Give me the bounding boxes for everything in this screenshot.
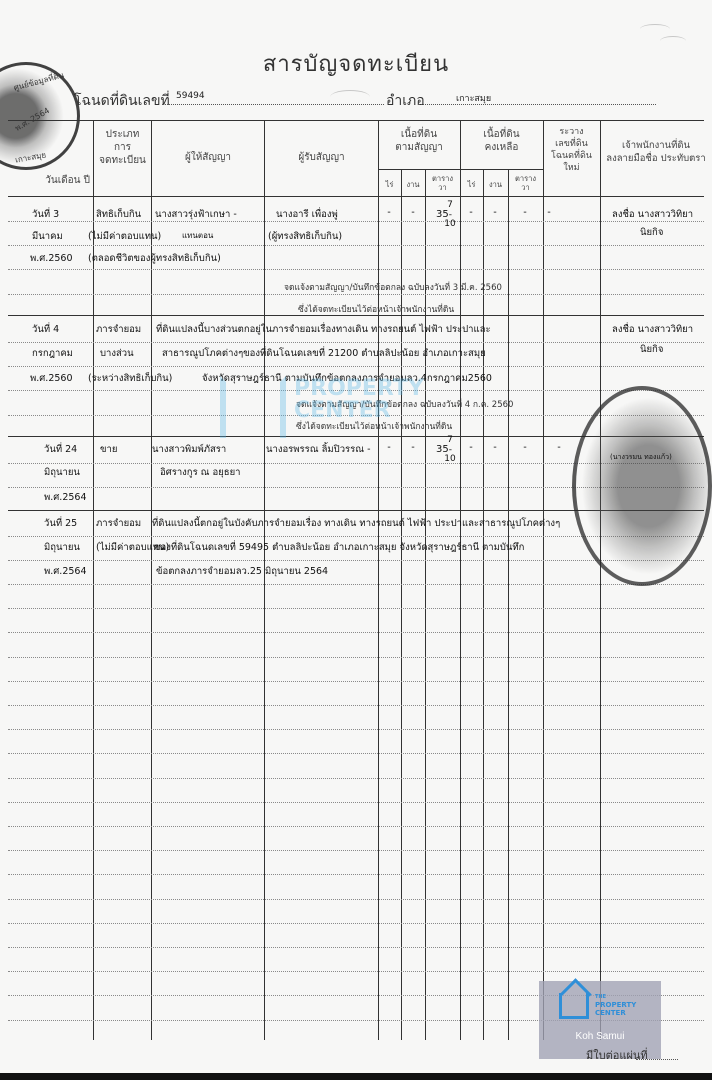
- entry-2-date-year: พ.ศ.2560: [30, 371, 73, 386]
- entry-1-remaining-rai: -: [468, 207, 474, 218]
- column-divider: [264, 120, 265, 1040]
- entry-1-officer-surname: นิยกิจ: [640, 225, 663, 240]
- entry-4-date-month: มิถุนายน: [44, 540, 80, 555]
- entry-1-date-month: มีนาคม: [32, 229, 63, 244]
- column-divider: [600, 120, 601, 1040]
- entry-4-date-day: วันที่ 25: [44, 516, 77, 531]
- continued-sheet-label: มีใบต่อแผ่นที่: [586, 1046, 648, 1064]
- ruled-line: [8, 269, 704, 270]
- header-line: เจ้าพนักงานที่ดิน: [600, 139, 712, 152]
- ruled-line: [8, 245, 704, 246]
- ruled-line: [8, 681, 704, 682]
- entry-2-type-scope: บางส่วน: [100, 346, 134, 361]
- dotted-line: [418, 104, 656, 105]
- district-label: อำเภอ: [386, 90, 425, 112]
- column-divider: [508, 170, 509, 1040]
- entry-1-note-line-1: จดแจ้งตามสัญญา/บันทึกข้อตกลง ฉบับลงวันที…: [284, 280, 502, 294]
- entry-1-grantor: นางสาวรุ่งฟ้าเกษา -: [155, 207, 237, 222]
- entry-1-new-deed: -: [546, 207, 552, 218]
- entry-1-date-year: พ.ศ.2560: [30, 251, 73, 266]
- brand-location: Koh Samui: [539, 1031, 661, 1042]
- entry-2-date-day: วันที่ 4: [32, 322, 59, 337]
- header-line: โฉนดที่ดิน: [543, 150, 600, 162]
- entry-1-grantor-note: แทนตอน: [182, 229, 213, 242]
- entry-1-ngan: -: [410, 207, 416, 218]
- entry-2-officer-signature: ลงชื่อ นางสาววิทิยา: [612, 322, 693, 337]
- property-center-watermark: PROPERTY CENTER: [220, 368, 420, 448]
- entry-1-type-duration: (ตลอดชีวิตของผู้ทรงสิทธิเก็บกิน): [88, 251, 221, 266]
- ruled-line: [8, 971, 704, 972]
- ruled-line: [8, 657, 704, 658]
- ruled-line: [8, 947, 704, 948]
- house-logo-icon: [559, 993, 589, 1019]
- ruled-line: [8, 850, 704, 851]
- entry-2-description-line-1: ที่ดินแปลงนี้บางส่วนตกอยู่ในภารจำยอมเรื่…: [156, 322, 491, 337]
- header-ngan: งาน: [401, 180, 425, 189]
- entry-1-remaining-ngan: -: [492, 207, 498, 218]
- ruled-line: [8, 899, 704, 900]
- header-new-deed: ระวาง เลขที่ดิน โฉนดที่ดิน ใหม่: [543, 126, 600, 174]
- entry-3-date-day: วันที่ 24: [44, 442, 77, 457]
- entry-2-date-month: กรกฎาคม: [32, 346, 73, 361]
- ruled-line: [8, 778, 704, 779]
- entry-divider: [8, 315, 704, 316]
- header-rai: ไร่: [460, 180, 483, 189]
- header-line: วา: [425, 183, 460, 192]
- header-line: ระวาง: [543, 126, 600, 138]
- entry-3-remaining-ngan: -: [492, 442, 498, 453]
- brand-name-line: PROPERTY: [595, 1001, 655, 1009]
- ruled-line: [8, 826, 704, 827]
- entry-2-officer-surname: นิยกิจ: [640, 342, 663, 357]
- ruled-line: [8, 705, 704, 706]
- header-area-contract: เนื้อที่ดิน ตามสัญญา: [378, 128, 460, 154]
- ruled-line: [8, 923, 704, 924]
- entry-1-remaining-wa: -: [522, 207, 528, 218]
- header-ngan: งาน: [483, 180, 508, 189]
- entry-1-note-line-2: ซึ่งได้จดทะเบียนไว้ต่อหน้าเจ้าพนักงานที่…: [298, 302, 454, 316]
- header-type-line: ประเภท: [94, 128, 151, 141]
- brand-name: THE PROPERTY CENTER: [595, 993, 655, 1017]
- column-divider: [460, 120, 461, 1040]
- header-line: ตามสัญญา: [378, 141, 460, 154]
- brand-name-line: CENTER: [595, 1009, 655, 1017]
- deed-number-label: โฉนดที่ดินเลขที่: [74, 90, 170, 112]
- entry-1-grantee-role: (ผู้ทรงสิทธิเก็บกิน): [268, 229, 342, 244]
- header-area-remaining: เนื้อที่ดิน คงเหลือ: [460, 128, 543, 154]
- fraction-denominator: 10: [429, 455, 459, 464]
- brand-name-line: THE: [595, 993, 655, 1001]
- ruled-line: [8, 802, 704, 803]
- header-line: คงเหลือ: [460, 141, 543, 154]
- column-divider: [543, 120, 544, 1040]
- header-officer: เจ้าพนักงานที่ดิน ลงลายมือชื่อ ประทับตรา: [600, 139, 712, 165]
- land-deed-page: สารบัญจดทะเบียน โฉนดที่ดินเลขที่ 59494 อ…: [0, 0, 712, 1073]
- header-type-line: จดทะเบียน: [94, 154, 151, 167]
- entry-1-type: สิทธิเก็บกิน: [96, 207, 141, 222]
- entry-4-type: ภารจำยอม: [96, 516, 141, 531]
- column-divider: [378, 120, 379, 1040]
- ruled-line: [8, 342, 704, 343]
- header-type: ประเภท การ จดทะเบียน: [94, 128, 151, 167]
- district-value: เกาะสมุย: [456, 91, 491, 105]
- header-line: ใหม่: [543, 162, 600, 174]
- entry-4-date-year: พ.ศ.2564: [44, 564, 87, 579]
- entry-2-type: ภารจำยอม: [96, 322, 141, 337]
- house-logo-icon: [220, 376, 286, 438]
- column-divider: [483, 170, 484, 1040]
- watermark-text: PROPERTY CENTER: [294, 378, 424, 422]
- header-type-line: การ: [94, 141, 151, 154]
- entry-3-date-year: พ.ศ.2564: [44, 490, 87, 505]
- ruled-line: [8, 608, 704, 609]
- entry-2-description-line-2: สาธารณูปโภคต่างๆของที่ดินโฉนดเลขที่ 2120…: [162, 346, 486, 361]
- screen-bottom-bar: [0, 1073, 712, 1080]
- ruled-line: [8, 874, 704, 875]
- header-line: เลขที่ดิน: [543, 138, 600, 150]
- entry-3-type: ขาย: [100, 442, 117, 457]
- stamp-officer-name: (นางวรมน ทองแก้ว): [610, 452, 672, 463]
- entry-1-sq-wa: 7 35- 10: [429, 201, 459, 229]
- entry-2-type-note: (ระหว่างสิทธิเก็บกิน): [88, 371, 172, 386]
- header-rai: ไร่: [378, 180, 401, 189]
- header-sq-wa: ตาราง วา: [425, 174, 460, 192]
- stamp-text: เกาะสมุย: [14, 148, 47, 166]
- ruled-line: [8, 753, 704, 754]
- entry-3-grantor: นางสาวพิมพ์ภัสรา: [152, 442, 226, 457]
- official-seal-stamp-right: (นางวรมน ทองแก้ว): [572, 386, 712, 586]
- header-grantee: ผู้รับสัญญา: [265, 151, 378, 164]
- entry-3-new-deed: -: [556, 442, 562, 453]
- page-title: สารบัญจดทะเบียน: [0, 46, 712, 81]
- ruled-line: [8, 632, 704, 633]
- entry-1-type-note: (ไม่มีค่าตอบแทน): [88, 229, 161, 244]
- header-line: เนื้อที่ดิน: [460, 128, 543, 141]
- ruled-line: [8, 294, 704, 295]
- watermark-line: CENTER: [294, 400, 424, 422]
- entry-3-remaining-wa: -: [522, 442, 528, 453]
- header-line: ตาราง: [425, 174, 460, 183]
- ruled-line: [8, 729, 704, 730]
- stamp-text: ศูนย์ข้อมูลที่ดิน: [12, 69, 65, 95]
- entry-4-description-line-1: ที่ดินแปลงนี้ตกอยู่ในบังคับภารจำยอมเรื่อ…: [152, 516, 560, 531]
- watermark-line: PROPERTY: [294, 378, 424, 400]
- entry-3-grantor-surname: อิศรางกูร ณ อยุธยา: [160, 465, 241, 480]
- entry-1-date-day: วันที่ 3: [32, 207, 59, 222]
- header-line: เนื้อที่ดิน: [378, 128, 460, 141]
- header-sq-wa: ตาราง วา: [508, 174, 543, 192]
- ruled-line: [8, 584, 704, 585]
- dotted-line: [162, 104, 384, 105]
- entry-3-sq-wa: 7 35- 10: [429, 436, 459, 464]
- entry-4-description-line-2: ของที่ดินโฉนดเลขที่ 59495 ตำบลลิปะน้อย อ…: [154, 540, 524, 555]
- header-line: ลงลายมือชื่อ ประทับตรา: [600, 152, 712, 165]
- header-line: วา: [508, 183, 543, 192]
- subheader-divider: [378, 169, 543, 170]
- fraction-denominator: 10: [429, 220, 459, 229]
- ruled-line: [8, 366, 704, 367]
- entry-1-officer-signature: ลงชื่อ นางสาววิทิยา: [612, 207, 693, 222]
- entry-1-rai: -: [386, 207, 392, 218]
- header-grantor: ผู้ให้สัญญา: [152, 151, 264, 164]
- entry-3-remaining-rai: -: [468, 442, 474, 453]
- header-line: ตาราง: [508, 174, 543, 183]
- deed-number-value: 59494: [176, 91, 205, 101]
- column-divider: [401, 170, 402, 1040]
- header-date: วันเดือน ปี: [30, 174, 90, 187]
- entry-3-date-month: มิถุนายน: [44, 465, 80, 480]
- column-divider: [425, 170, 426, 1040]
- entry-4-description-line-3: ข้อตกลงภารจำยอมลว.25 มิถุนายน 2564: [156, 564, 328, 579]
- entry-1-grantee: นางอารี เพื่องพู่: [276, 207, 338, 222]
